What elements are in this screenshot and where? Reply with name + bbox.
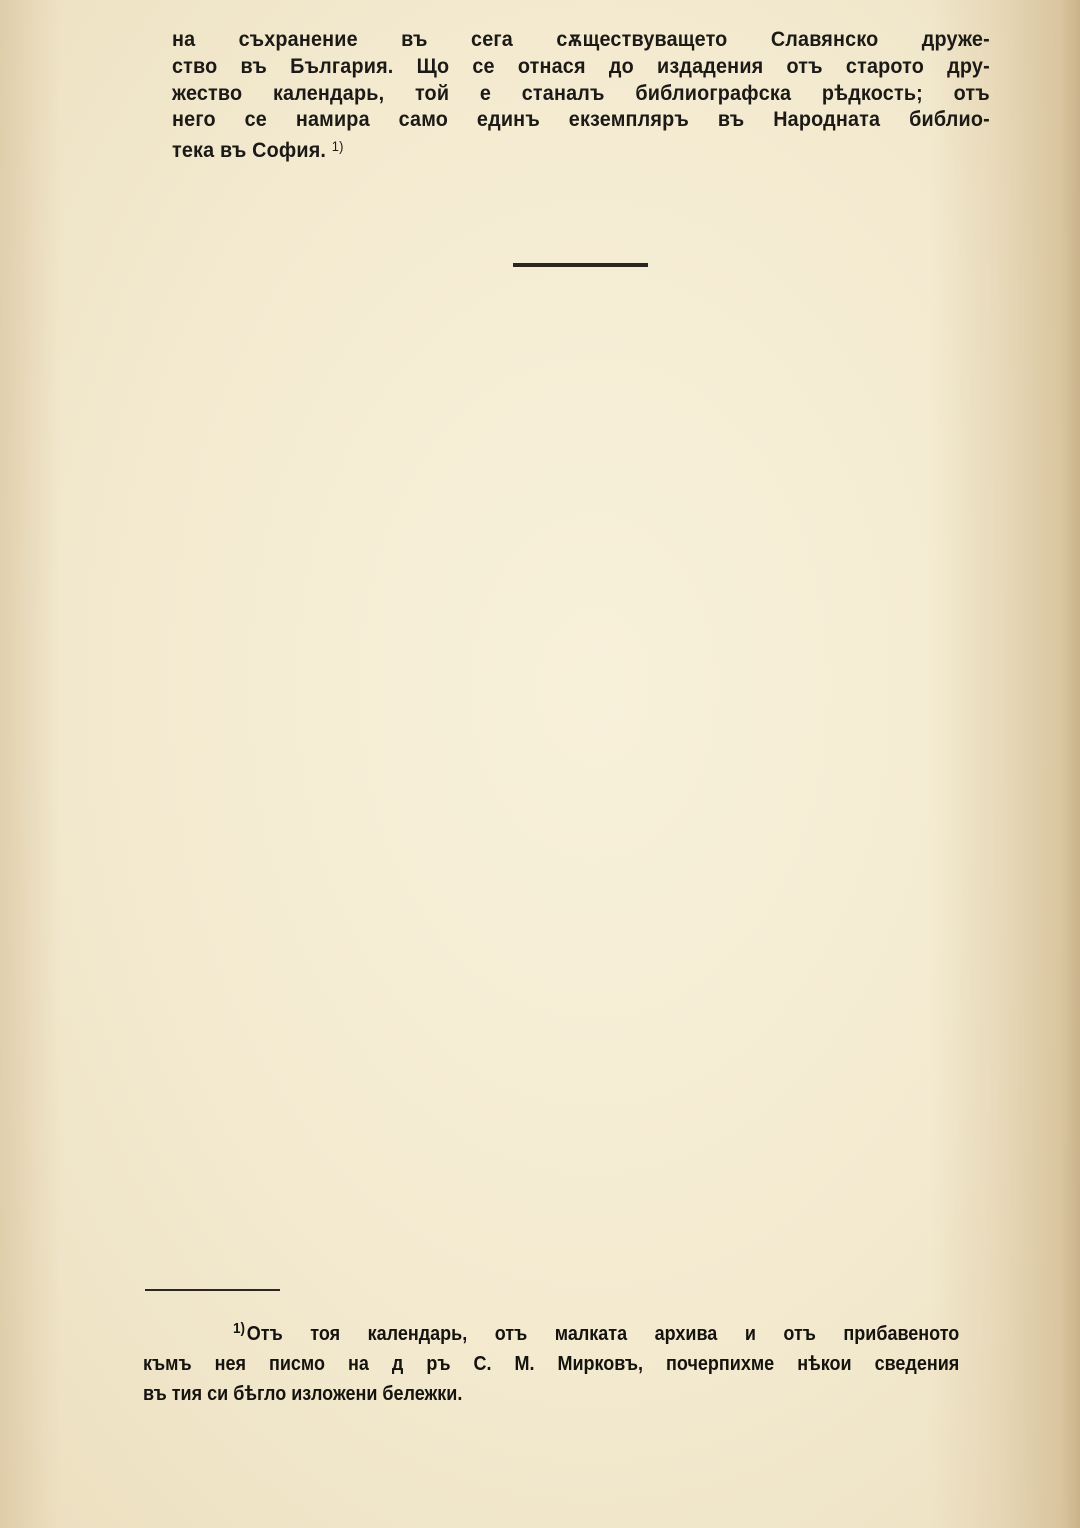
footnote-line: къмъ нея писмо на д ръ С. М. Мирковъ, по… bbox=[143, 1349, 959, 1379]
footnote-marker: 1) bbox=[233, 1320, 245, 1337]
footnote: 1)Отъ тоя календарь, отъ малката архива … bbox=[143, 1314, 959, 1409]
section-separator-rule bbox=[513, 263, 648, 267]
body-line: него се намира само единъ екземпляръ въ … bbox=[172, 106, 990, 133]
body-line: ство въ България. Що се отнася до издаде… bbox=[172, 53, 990, 80]
footnote-line: 1)Отъ тоя календарь, отъ малката архива … bbox=[143, 1314, 959, 1349]
body-line-last: тека въ София. 1) bbox=[172, 133, 990, 164]
body-line-text: тека въ София. bbox=[172, 138, 326, 162]
body-paragraph: на съхранение въ сега сѫществуващето Сла… bbox=[172, 26, 990, 164]
body-line: на съхранение въ сега сѫществуващето Сла… bbox=[172, 26, 990, 53]
footnote-rule bbox=[145, 1289, 280, 1291]
footnote-reference: 1) bbox=[332, 138, 344, 154]
footnote-line-text: Отъ тоя календарь, отъ малката архива и … bbox=[247, 1323, 959, 1345]
footnote-line: въ тия си бѣгло изложени бележки. bbox=[143, 1379, 959, 1409]
body-line: жество календарь, той е станалъ библиогр… bbox=[172, 80, 990, 107]
scanned-page: на съхранение въ сега сѫществуващето Сла… bbox=[0, 0, 1080, 1528]
